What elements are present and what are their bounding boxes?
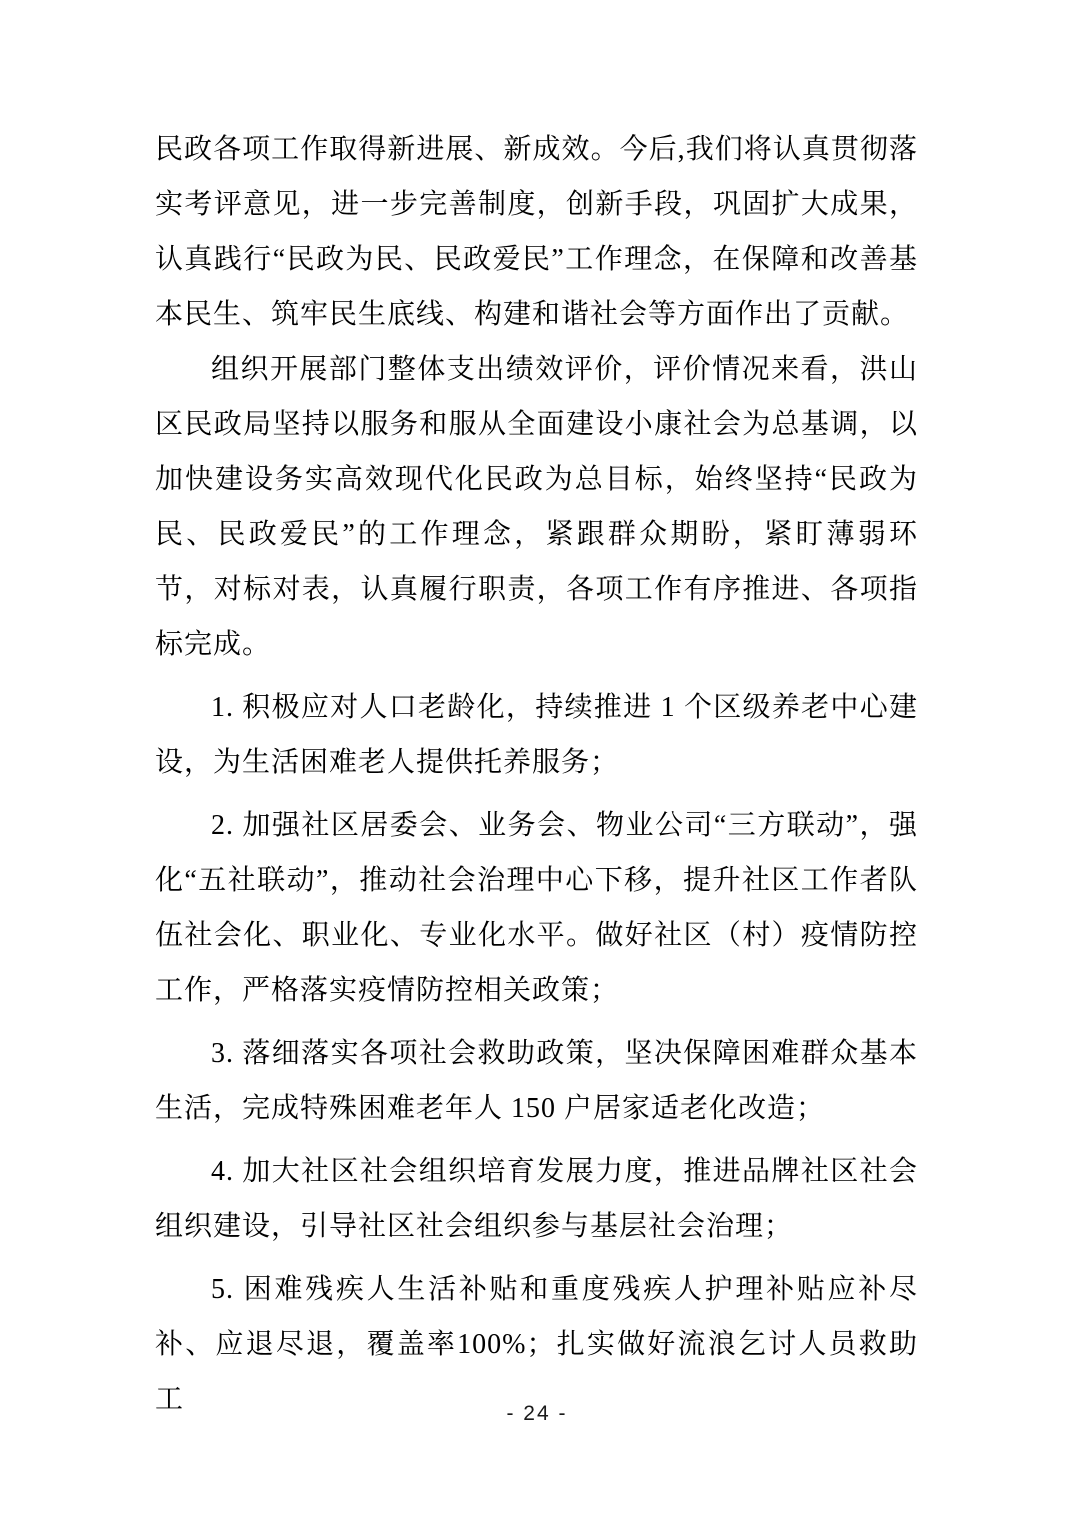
list-item-3: 3. 落细落实各项社会救助政策，坚决保障困难群众基本生活，完成特殊困难老年人 1…	[155, 1026, 918, 1136]
paragraph-overview: 组织开展部门整体支出绩效评价，评价情况来看，洪山区民政局坚持以服务和服从全面建设…	[155, 342, 918, 672]
paragraph-continuation: 民政各项工作取得新进展、新成效。今后,我们将认真贯彻落实考评意见，进一步完善制度…	[155, 122, 918, 342]
list-item-1: 1. 积极应对人口老龄化，持续推进 1 个区级养老中心建设，为生活困难老人提供托…	[155, 680, 918, 790]
list-item-2: 2. 加强社区居委会、业务会、物业公司“三方联动”，强化“五社联动”，推动社会治…	[155, 798, 918, 1018]
document-page: 民政各项工作取得新进展、新成效。今后,我们将认真贯彻落实考评意见，进一步完善制度…	[0, 0, 1074, 1520]
document-body: 民政各项工作取得新进展、新成效。今后,我们将认真贯彻落实考评意见，进一步完善制度…	[155, 122, 918, 1427]
list-item-4: 4. 加大社区社会组织培育发展力度，推进品牌社区社会组织建设，引导社区社会组织参…	[155, 1144, 918, 1254]
page-number: - 24 -	[0, 1402, 1074, 1426]
